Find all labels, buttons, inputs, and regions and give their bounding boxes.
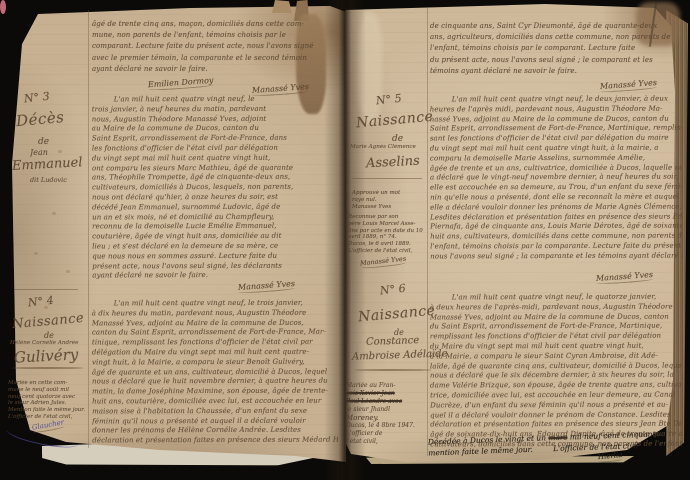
record-4-de: de (44, 331, 54, 340)
handwriting-line: nous l'avons seul signé ; la comparante … (430, 251, 682, 262)
handwriting-line: ayant déclaré ne savoir le faire. (92, 64, 336, 75)
record-4-number: N° 4 (27, 294, 54, 310)
handwriting-line: féminin qu'il nous a présenté et auquel … (92, 416, 338, 427)
annotation-text: mil neuf cent cinquante. (567, 429, 662, 441)
struck-word: mars (548, 433, 567, 443)
handwriting-line: L'officier de l'état civil, (348, 248, 428, 255)
handwriting-line: Approuvé un mot (352, 190, 426, 197)
record-4-marginal-note: Mariée en cette com-mune le neuf août mi… (8, 380, 88, 421)
handwriting-line: vingt huit, à la Mairie, a comparu le si… (92, 357, 338, 368)
handwriting-line: avec le premier témoin, la comparante et… (92, 53, 336, 64)
foxing-spot (66, 270, 70, 273)
handwriting-line: L'an mil huit cent quatre vingt neuf, le… (92, 299, 338, 310)
handwriting-line: délégation du Maire du vingt sept mai mi… (92, 348, 338, 359)
struck-handwriting-line: Paul Léandre avec (346, 398, 428, 406)
record-3-alias: dit Ludovic (30, 176, 67, 184)
handwriting-line: L'an mil huit cent quatre vingt neuf, le… (430, 293, 682, 304)
handwriting-line: mune, non parents de l'enfant, témoins c… (92, 30, 336, 41)
handwriting-line: Mariée au Fran- (346, 382, 428, 390)
handwriting-line: L'officier de (346, 430, 428, 438)
handwriting-line: à la Mairie, a comparu le sieur Saint Cy… (430, 351, 682, 362)
margin-separator (352, 178, 422, 179)
handwriting-line: huit ans, couturière, domiciliée avec lu… (92, 397, 338, 408)
handwriting-line: Ducos, le 6 avril 1889. (348, 241, 428, 248)
handwriting-line: ans, agriculteurs, domiciliés dans cette… (430, 32, 680, 43)
handwriting-line: ayant déclaré ne savoir le faire. (92, 271, 336, 282)
handwriting-line: de cinquante ans, Saint Cyr Dieumonté, â… (430, 21, 680, 32)
handwriting-line: Manassé Yves (352, 204, 426, 211)
handwriting-line: Moreney. (346, 414, 428, 422)
handwriting-line: Reconnue par son (348, 214, 428, 221)
foxing-spot (52, 212, 56, 215)
record-3-de: de (38, 137, 49, 147)
record-4-ending-text: de cinquante ans, Saint Cyr Dieumonté, â… (430, 21, 680, 77)
margin-separator (14, 289, 78, 290)
handwriting-line: le sieur Adrien Jules. (8, 400, 88, 407)
handwriting-line: à deux heures de l'après-midi, pardevant… (430, 302, 682, 313)
handwriting-line: remplissant les fonctions d'officier de … (430, 332, 682, 343)
left-margin-rule (88, 10, 89, 448)
handwriting-line: Ducrèze, d'un enfant du sexe féminin qu'… (430, 400, 682, 411)
handwriting-line: du présent acte, nous l'avons seul signé… (430, 55, 680, 66)
record-4-surname: Gulivéry (14, 345, 79, 366)
record-5-surname: Asselins (366, 154, 421, 172)
handwriting-line: déclaration et présentation faites en pr… (92, 436, 338, 447)
record-6-number: N° 6 (379, 282, 406, 298)
handwriting-line: père Louis Marcel Asse- (348, 221, 428, 228)
foxing-spot (34, 252, 38, 255)
handwriting-line: âgé de trente cinq ans, maçon, domicilié… (92, 19, 336, 30)
record-2-ending-text: âgé de trente cinq ans, maçon, domicilié… (92, 19, 336, 75)
handwriting-line: témoins ayant déclaré ne savoir le faire… (430, 66, 680, 77)
handwriting-line: maison sise à l'habitation la Chaussée, … (92, 406, 338, 417)
handwriting-line: avril 1889, n° 74. (348, 234, 428, 241)
handwriting-line: Ducos, le 4 8bre 1947. (346, 422, 428, 430)
handwriting-line: à dix heures du matin, pardevant nous, A… (92, 308, 338, 319)
register-scan: âgé de trente cinq ans, maçon, domicilié… (0, 0, 690, 480)
record-5-given-name: Marie Agnès Clémence (350, 144, 426, 150)
officer-label: L'officier de l'état civil (535, 441, 639, 454)
record-6-body: L'an mil huit cent quatre vingt neuf, le… (430, 293, 683, 451)
record-3-body: L'an mil huit cent quatre vingt neuf, le… (92, 95, 337, 282)
record-5-de: de (392, 134, 403, 144)
handwriting-line: mune le neuf août mil (8, 387, 88, 394)
handwriting-line: L'officier de l'état civil, (8, 414, 88, 421)
pink-mark (0, 0, 6, 14)
handwriting-line: neuf cent quatorze avec (8, 394, 88, 401)
late-annotation-signature: Hierlia (598, 451, 623, 463)
handwriting-line: comparant. Lecture faite du présent acte… (92, 41, 336, 52)
handwriting-line: L'an mil huit cent quatre vingt neuf, le… (430, 95, 682, 106)
handwriting-line: Mariée en cette com- (8, 380, 88, 387)
handwriting-line: trice, domiciliée avec lui, est accouché… (430, 391, 682, 402)
handwriting-line: Mention faite le même jour. (8, 407, 88, 414)
handwriting-line: l'enfant, témoins choisis par le compara… (430, 43, 680, 54)
handwriting-line: l'état civil, (346, 438, 428, 446)
handwriting-line: comparu la demoiselle Marie Asselins, su… (430, 153, 682, 164)
record-4-body: L'an mil huit cent quatre vingt neuf, le… (92, 299, 339, 447)
handwriting-line: lins par acte en date du 10 (348, 228, 428, 235)
handwriting-line: nin qu'elle nous a présenté, dont elle s… (430, 193, 682, 204)
margin-underline-flourish (12, 367, 84, 369)
handwriting-line: du vingt sept mai mil huit cent quatre v… (430, 144, 682, 155)
record-6-given-name: Constance (366, 335, 420, 348)
struck-handwriting-line: çois Xavier Jean (346, 390, 428, 398)
handwriting-line: le sieur Jhandl (346, 406, 428, 414)
record-3-number: N° 3 (23, 90, 50, 106)
record-5-marginal-note-2: Reconnue par sonpère Louis Marcel Asse-l… (348, 214, 428, 255)
handwriting-line: heures de l'après midi, pardevant nous, … (430, 104, 682, 115)
margin-underline-flourish (354, 369, 432, 371)
record-5-marginal-note-1: Approuvé un motrayé nul.Manassé Yves (352, 190, 426, 210)
handwriting-line: elle a déclaré vouloir donner les prénom… (430, 202, 682, 213)
record-5-body: L'an mil huit cent quatre vingt neuf, le… (430, 95, 683, 262)
handwriting-line: rayé nul. (352, 197, 426, 204)
record-6-marginal-note: Mariée au Fran- çois Xavier Jean Paul Lé… (346, 382, 428, 446)
record-5-number: N° 5 (375, 92, 402, 108)
handwriting-line: l'enfant, témoins choisis par la compara… (430, 242, 682, 253)
